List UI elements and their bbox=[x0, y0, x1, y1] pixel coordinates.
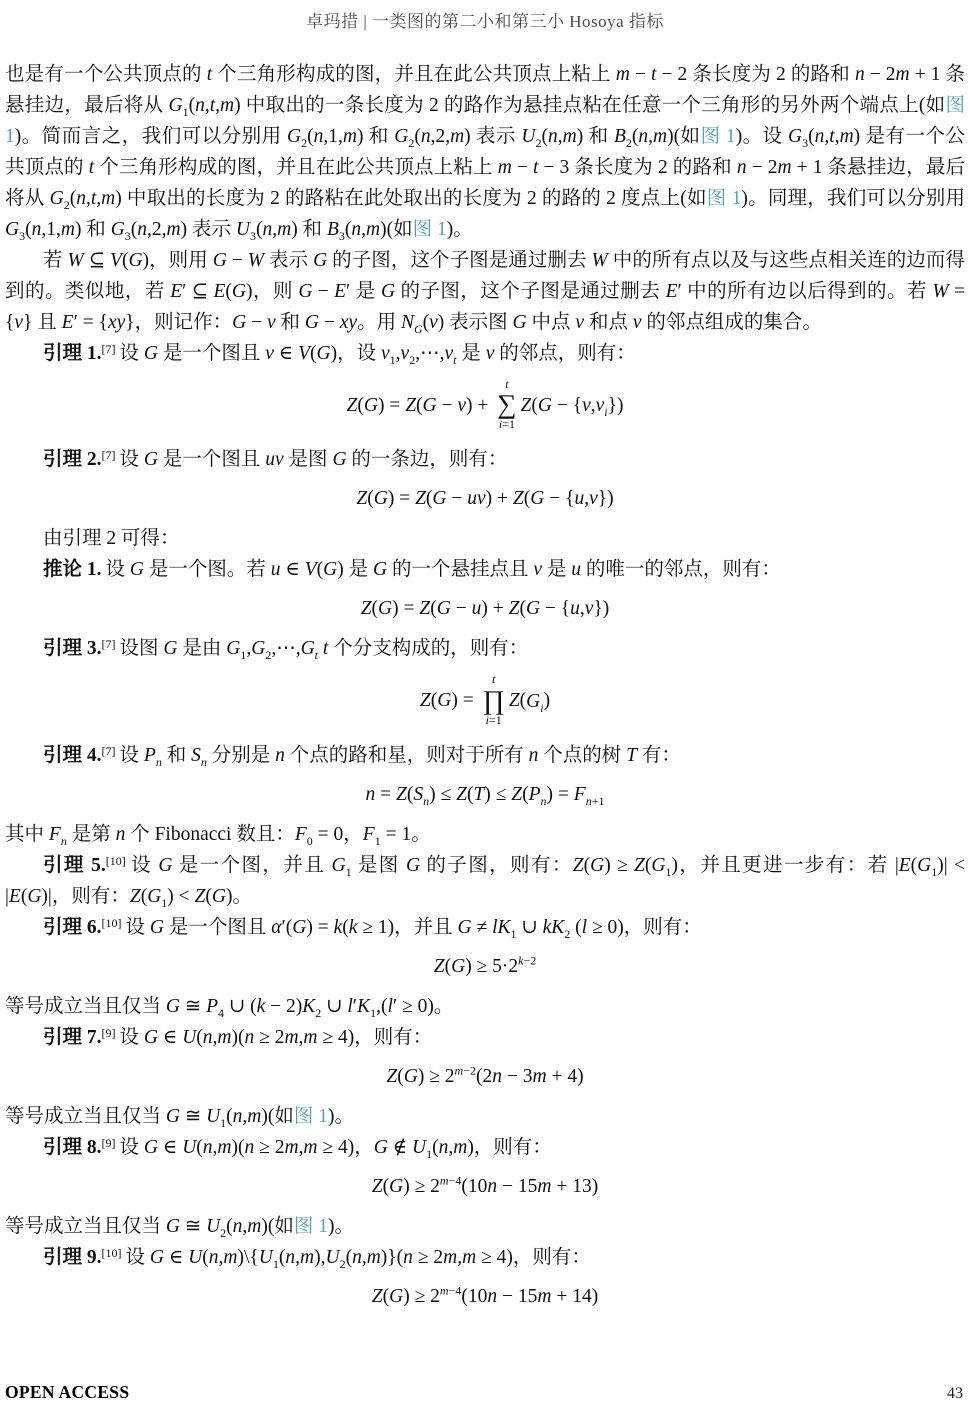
figure-1-link[interactable]: 图 1 bbox=[701, 126, 736, 147]
open-access-label: OPEN ACCESS bbox=[5, 1382, 129, 1403]
paragraph-definitions-g2-g3: 也是有一个公共顶点的 t 个三角形构成的图，并且在此公共顶点上粘上 m − t … bbox=[5, 59, 965, 245]
lemma-2: 引理 2.[7]设 G 是一个图且 uv 是图 G 的一条边，则有： bbox=[5, 444, 965, 475]
formula-lemma-4: n = Z(Sn) ≤ Z(T) ≤ Z(Pn) = Fn+1 bbox=[5, 780, 965, 810]
lemma-6: 引理 6.[10]设 G 是一个图且 α′(G) = k(k ≥ 1)，并且 G… bbox=[5, 912, 965, 943]
lemma-9-citation[interactable]: [10] bbox=[102, 1246, 122, 1260]
lemma-9-label: 引理 9. bbox=[43, 1247, 102, 1268]
lemma-3: 引理 3.[7]设图 G 是由 G1,G2,⋯,Gt t 个分支构成的，则有： bbox=[5, 633, 965, 664]
lemma-2-citation[interactable]: [7] bbox=[102, 448, 116, 462]
lemma-9: 引理 9.[10]设 G ∈ U(n,m)\{U1(n,m),U2(n,m)}(… bbox=[5, 1242, 965, 1273]
figure-1-link[interactable]: 图 1 bbox=[294, 1216, 328, 1237]
figure-1-link[interactable]: 图 1 bbox=[413, 219, 447, 240]
body-text: 也是有一个公共顶点的 t 个三角形构成的图，并且在此公共顶点上粘上 m − t … bbox=[0, 59, 970, 1312]
page-number: 43 bbox=[947, 1385, 963, 1403]
paragraph-subgraph-notation: 若 W ⊆ V(G)，则用 G − W 表示 G 的子图，这个子图是通过删去 W… bbox=[5, 245, 965, 338]
lemma-6-label: 引理 6. bbox=[43, 917, 102, 938]
lemma-4-text: 设 Pn 和 Sn 分别是 n 个点的路和星，则对于所有 n 个点的树 T 有： bbox=[120, 745, 681, 766]
lemma-9-text: 设 G ∈ U(n,m)\{U1(n,m),U2(n,m)}(n ≥ 2m,m … bbox=[126, 1247, 591, 1268]
lemma-1-citation[interactable]: [7] bbox=[102, 342, 116, 356]
lemma-1: 引理 1.[7]设 G 是一个图且 v ∈ V(G)，设 v1,v2,⋯,vt … bbox=[5, 338, 965, 369]
lemma-1-label: 引理 1. bbox=[43, 343, 102, 364]
figure-1-link[interactable]: 图 1 bbox=[294, 1106, 328, 1127]
figure-1-link[interactable]: 图 1 bbox=[707, 188, 742, 209]
lemma-8-label: 引理 8. bbox=[43, 1137, 102, 1158]
lemma-8-citation[interactable]: [9] bbox=[102, 1136, 116, 1150]
equality-note-lemma-6: 等号成立当且仅当 G ≅ P4 ∪ (k − 2)K2 ∪ l′K1,(l′ ≥… bbox=[5, 991, 965, 1022]
lemma-5-text: 设 G 是一个图，并且 G1 是图 G 的子图，则有：Z(G) ≥ Z(G1)，… bbox=[5, 855, 965, 907]
formula-lemma-6: Z(G) ≥ 5·2k−2 bbox=[5, 952, 965, 982]
lemma-3-label: 引理 3. bbox=[43, 638, 102, 659]
lemma-4: 引理 4.[7]设 Pn 和 Sn 分别是 n 个点的路和星，则对于所有 n 个… bbox=[5, 740, 965, 771]
formula-lemma-1: Z(G) = Z(G − v) + t∑i=1Z(G − {v,vi}) bbox=[5, 378, 965, 435]
lemma-8-text: 设 G ∈ U(n,m)(n ≥ 2m,m ≥ 4)，G ∉ U1(n,m)，则… bbox=[120, 1137, 552, 1158]
equality-note-lemma-7: 等号成立当且仅当 G ≅ U1(n,m)(如图 1)。 bbox=[5, 1101, 965, 1132]
equality-note-lemma-8: 等号成立当且仅当 G ≅ U2(n,m)(如图 1)。 bbox=[5, 1211, 965, 1242]
lemma-1-text: 设 G 是一个图且 v ∈ V(G)，设 v1,v2,⋯,vt 是 v 的邻点，… bbox=[120, 343, 636, 364]
formula-lemma-3: Z(G) = t∏i=1Z(Gi) bbox=[5, 673, 965, 730]
derivation-note: 由引理 2 可得： bbox=[5, 523, 965, 554]
page-footer: OPEN ACCESS 43 bbox=[0, 1382, 970, 1403]
lemma-7-label: 引理 7. bbox=[43, 1027, 102, 1048]
lemma-5: 引理 5.[10]设 G 是一个图，并且 G1 是图 G 的子图，则有：Z(G)… bbox=[5, 850, 965, 912]
lemma-4-citation[interactable]: [7] bbox=[102, 744, 116, 758]
running-head: 卓玛措 | 一类图的第二小和第三小 Hosoya 指标 bbox=[0, 7, 970, 32]
corollary-1-text: 设 G 是一个图。若 u ∈ V(G) 是 G 的一个悬挂点且 v 是 u 的唯… bbox=[106, 559, 781, 580]
formula-lemma-2: Z(G) = Z(G − uv) + Z(G − {u,v}) bbox=[5, 484, 965, 514]
lemma-2-label: 引理 2. bbox=[43, 449, 102, 470]
lemma-5-citation[interactable]: [10] bbox=[106, 854, 126, 868]
lemma-3-text: 设图 G 是由 G1,G2,⋯,Gt t 个分支构成的，则有： bbox=[120, 638, 529, 659]
lemma-5-label: 引理 5. bbox=[43, 855, 106, 876]
formula-lemma-7: Z(G) ≥ 2m−2(2n − 3m + 4) bbox=[5, 1062, 965, 1092]
corollary-1: 推论 1.设 G 是一个图。若 u ∈ V(G) 是 G 的一个悬挂点且 v 是… bbox=[5, 554, 965, 585]
fibonacci-note: 其中 Fn 是第 n 个 Fibonacci 数且：F0 = 0，F1 = 1。 bbox=[5, 819, 965, 850]
lemma-7-citation[interactable]: [9] bbox=[102, 1026, 116, 1040]
lemma-6-citation[interactable]: [10] bbox=[102, 916, 122, 930]
corollary-1-label: 推论 1. bbox=[43, 559, 102, 580]
lemma-8: 引理 8.[9]设 G ∈ U(n,m)(n ≥ 2m,m ≥ 4)，G ∉ U… bbox=[5, 1132, 965, 1163]
formula-lemma-9: Z(G) ≥ 2m−4(10n − 15m + 14) bbox=[5, 1282, 965, 1312]
formula-corollary-1: Z(G) = Z(G − u) + Z(G − {u,v}) bbox=[5, 594, 965, 624]
lemma-2-text: 设 G 是一个图且 uv 是图 G 的一条边，则有： bbox=[120, 449, 508, 470]
lemma-6-text: 设 G 是一个图且 α′(G) = k(k ≥ 1)，并且 G ≠ lK1 ∪ … bbox=[126, 917, 702, 938]
lemma-7-text: 设 G ∈ U(n,m)(n ≥ 2m,m ≥ 4)，则有： bbox=[120, 1027, 433, 1048]
paper-page: 卓玛措 | 一类图的第二小和第三小 Hosoya 指标 也是有一个公共顶点的 t… bbox=[0, 0, 970, 1411]
formula-lemma-8: Z(G) ≥ 2m−4(10n − 15m + 13) bbox=[5, 1172, 965, 1202]
lemma-4-label: 引理 4. bbox=[43, 745, 102, 766]
lemma-7: 引理 7.[9]设 G ∈ U(n,m)(n ≥ 2m,m ≥ 4)，则有： bbox=[5, 1022, 965, 1053]
lemma-3-citation[interactable]: [7] bbox=[102, 637, 116, 651]
